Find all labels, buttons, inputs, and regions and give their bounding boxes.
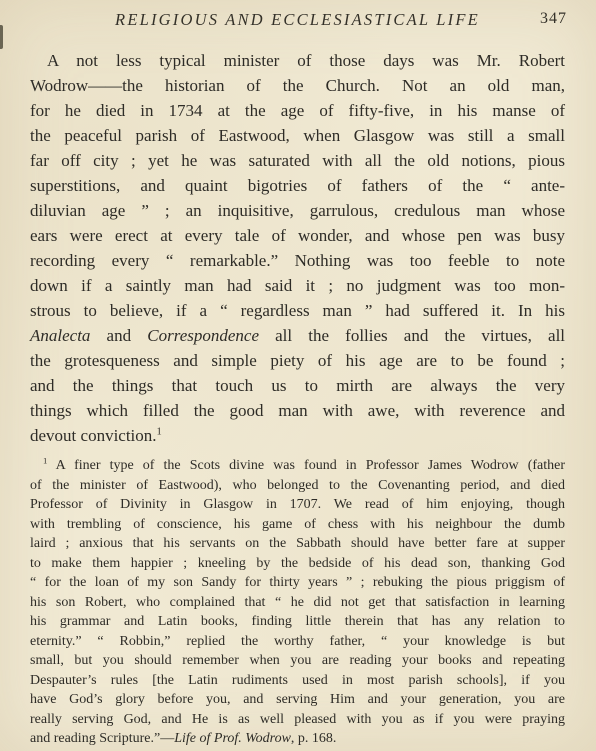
- text-segment: the grotesqueness and simple piety of hi…: [30, 351, 565, 370]
- text-segment: his son Robert, who complained that “ he…: [30, 595, 565, 610]
- text-segment: strous to believe, if a “ regardless man…: [30, 301, 565, 320]
- text-line: A not less typical minister of those day…: [30, 48, 565, 73]
- text-segment: Professor of Divinity in Glasgow in 1707…: [30, 497, 565, 512]
- text-line: strous to believe, if a “ regardless man…: [30, 298, 565, 323]
- text-segment: all the follies and the virtues, all: [259, 326, 565, 345]
- text-segment: devout conviction.: [30, 426, 157, 445]
- text-line: far off city ; yet he was saturated with…: [30, 148, 565, 173]
- text-line: have God’s glory before you, and serving…: [30, 690, 565, 710]
- text-line: recording every “ remarkable.” Nothing w…: [30, 248, 565, 273]
- text-segment: down if a saintly man had said it ; no j…: [30, 276, 565, 295]
- italic-text-segment: Life of Prof. Wodrow: [174, 731, 291, 746]
- text-segment: have God’s glory before you, and serving…: [30, 692, 565, 707]
- text-segment: A not less typical minister of those day…: [47, 51, 565, 70]
- text-line: really serving God, and He is as well pl…: [30, 710, 565, 730]
- text-line: superstitions, and quaint bigotries of f…: [30, 173, 565, 198]
- text-line: things which filled the good man with aw…: [30, 398, 565, 423]
- text-segment: diluvian age ” ; an inquisitive, garrulo…: [30, 201, 565, 220]
- text-segment: Wodrow——the historian of the Church. Not…: [30, 76, 565, 95]
- text-line: his son Robert, who complained that “ he…: [30, 593, 565, 613]
- text-segment: for he died in 1734 at the age of fifty-…: [30, 101, 565, 120]
- text-line: and the things that touch us to mirth ar…: [30, 373, 565, 398]
- text-line: diluvian age ” ; an inquisitive, garrulo…: [30, 198, 565, 223]
- text-segment: and the things that touch us to mirth ar…: [30, 376, 565, 395]
- text-line: 1 A finer type of the Scots divine was f…: [30, 456, 565, 476]
- text-segment: and reading Scripture.”—: [30, 731, 174, 746]
- text-line: ears were erect at every tale of wonder,…: [30, 223, 565, 248]
- text-segment: and: [90, 326, 147, 345]
- text-segment: the peaceful parish of Eastwood, when Gl…: [30, 126, 565, 145]
- text-segment: eternity.” “ Robbin,” replied the worthy…: [30, 634, 565, 649]
- running-header: RELIGIOUS AND ECCLESIASTICAL LIFE 347: [30, 10, 565, 32]
- book-page: RELIGIOUS AND ECCLESIASTICAL LIFE 347 A …: [0, 0, 596, 751]
- text-segment: “ for the loan of my son Sandy for thirt…: [30, 575, 565, 590]
- text-segment: his grammar and Latin books, finding lit…: [30, 614, 565, 629]
- text-segment: , p. 168.: [291, 731, 337, 746]
- running-header-title: RELIGIOUS AND ECCLESIASTICAL LIFE: [30, 10, 565, 30]
- footnote-reference-mark: 1: [157, 426, 162, 437]
- italic-text-segment: Analecta: [30, 326, 90, 345]
- text-line: of the minister of Eastwood), who belong…: [30, 476, 565, 496]
- text-segment: ears were erect at every tale of wonder,…: [30, 226, 565, 245]
- italic-text-segment: Correspondence: [147, 326, 259, 345]
- text-line: devout conviction.1: [30, 423, 565, 448]
- text-segment: laird ; anxious that his servants on the…: [30, 536, 565, 551]
- text-segment: things which filled the good man with aw…: [30, 401, 565, 420]
- text-line: Professor of Divinity in Glasgow in 1707…: [30, 495, 565, 515]
- text-segment: Despauter’s rules [the Latin rudiments u…: [30, 673, 565, 688]
- text-segment: of the minister of Eastwood), who belong…: [30, 478, 565, 493]
- text-segment: with trembling of conscience, his game o…: [30, 517, 565, 532]
- text-line: Despauter’s rules [the Latin rudiments u…: [30, 671, 565, 691]
- text-segment: to make them happier ; kneeling by the b…: [30, 556, 565, 571]
- page-number: 347: [540, 10, 567, 28]
- text-segment: really serving God, and He is as well pl…: [30, 712, 565, 727]
- text-segment: A finer type of the Scots divine was fou…: [47, 458, 565, 473]
- text-segment: superstitions, and quaint bigotries of f…: [30, 176, 565, 195]
- text-line: eternity.” “ Robbin,” replied the worthy…: [30, 632, 565, 652]
- text-line: down if a saintly man had said it ; no j…: [30, 273, 565, 298]
- text-line: for he died in 1734 at the age of fifty-…: [30, 98, 565, 123]
- text-line: the peaceful parish of Eastwood, when Gl…: [30, 123, 565, 148]
- text-line: laird ; anxious that his servants on the…: [30, 534, 565, 554]
- text-segment: far off city ; yet he was saturated with…: [30, 151, 565, 170]
- text-line: to make them happier ; kneeling by the b…: [30, 554, 565, 574]
- text-segment: recording every “ remarkable.” Nothing w…: [30, 251, 565, 270]
- text-line: and reading Scripture.”—Life of Prof. Wo…: [30, 729, 565, 749]
- text-line: his grammar and Latin books, finding lit…: [30, 612, 565, 632]
- text-line: Analecta and Correspondence all the foll…: [30, 323, 565, 348]
- text-line: the grotesqueness and simple piety of hi…: [30, 348, 565, 373]
- scan-edge-artifact: [0, 25, 3, 49]
- main-paragraph: A not less typical minister of those day…: [30, 48, 565, 448]
- text-line: small, but you should remember when you …: [30, 651, 565, 671]
- text-line: Wodrow——the historian of the Church. Not…: [30, 73, 565, 98]
- footnote-block: 1 A finer type of the Scots divine was f…: [30, 456, 565, 749]
- text-line: “ for the loan of my son Sandy for thirt…: [30, 573, 565, 593]
- text-line: with trembling of conscience, his game o…: [30, 515, 565, 535]
- text-segment: small, but you should remember when you …: [30, 653, 565, 668]
